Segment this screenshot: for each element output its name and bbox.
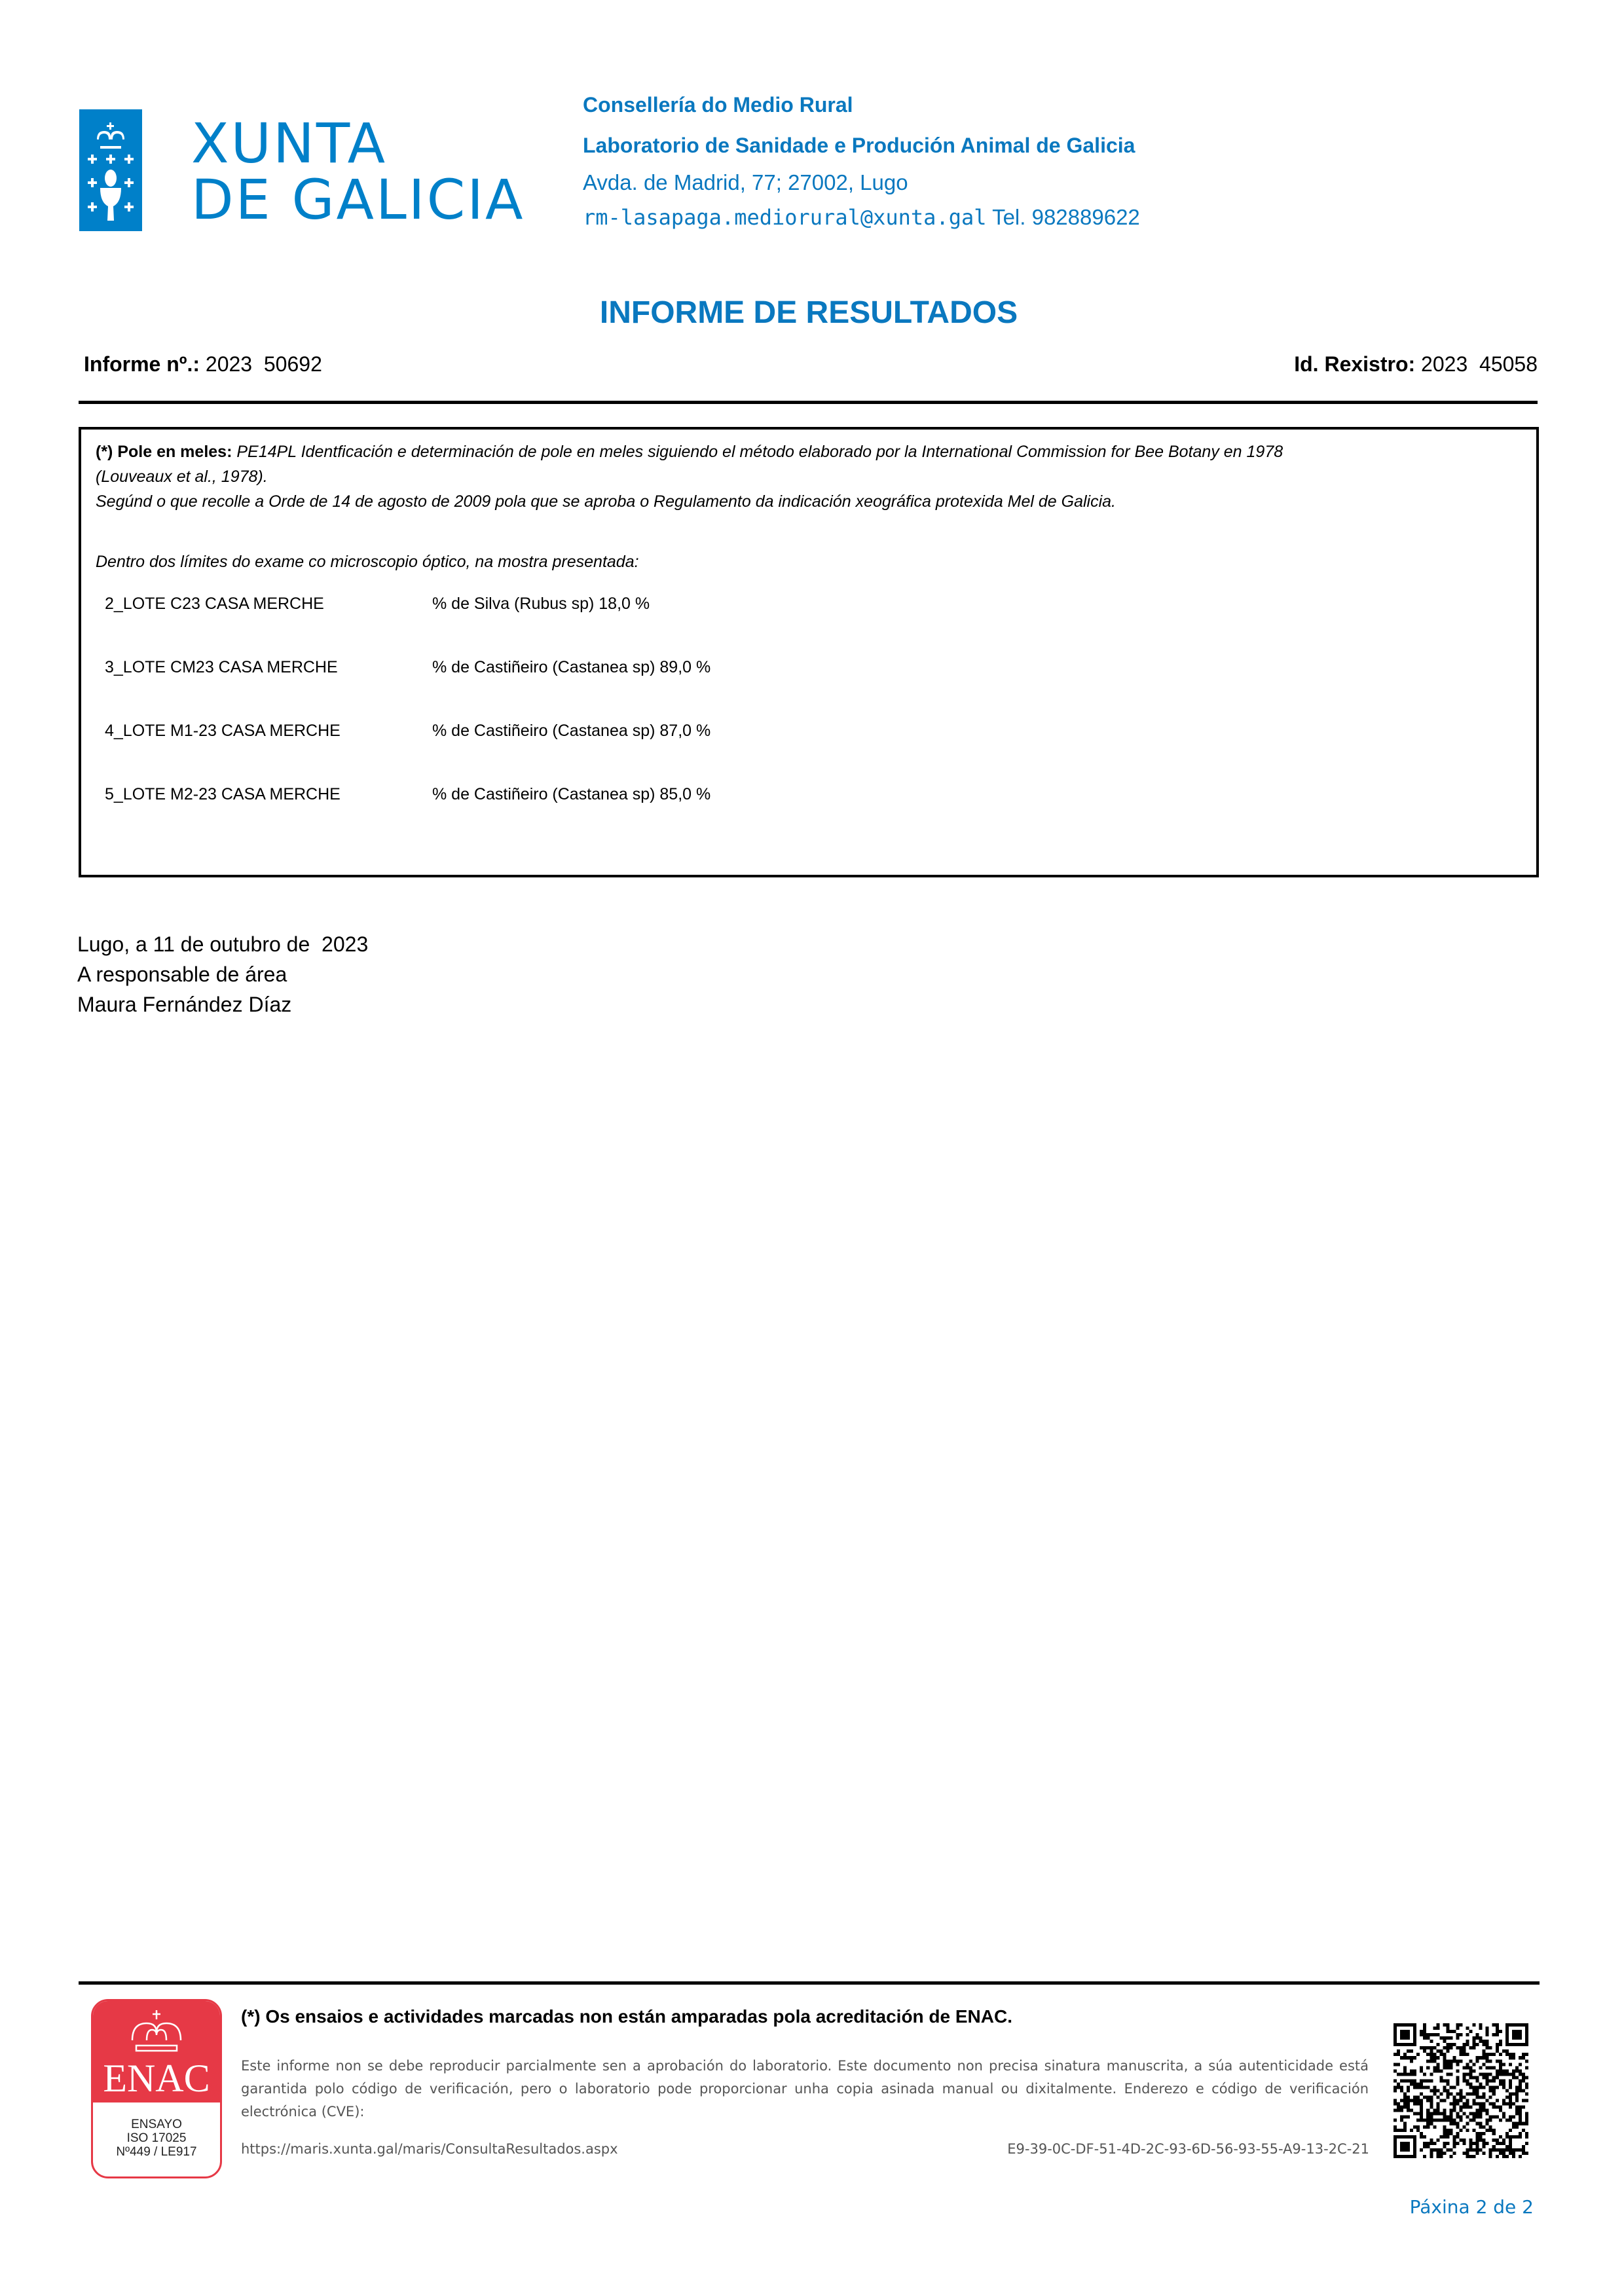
- report-number: Informe nº.: 2023 50692: [84, 352, 322, 376]
- registry-id-value: 2023 45058: [1421, 352, 1538, 376]
- enac-line-3: Nº449 / LE917: [93, 2145, 220, 2159]
- qr-matrix: [1393, 2023, 1528, 2158]
- crown-icon: [127, 2009, 186, 2053]
- logo-line-1: XUNTA: [191, 115, 525, 172]
- report-number-value: 2023 50692: [206, 352, 322, 376]
- verification-url[interactable]: https://maris.xunta.gal/maris/ConsultaRe…: [241, 2141, 618, 2157]
- signer-name: Maura Fernández Díaz: [77, 993, 291, 1017]
- sample-name: 5_LOTE M2-23 CASA MERCHE: [105, 785, 341, 804]
- laboratory-name: Laboratorio de Sanidade e Produción Anim…: [583, 134, 1135, 158]
- phone: Tel. 982889622: [992, 205, 1140, 229]
- method-description: (*) Pole en meles: PE14PL Identficación …: [96, 443, 1283, 462]
- coat-of-arms-icon: [79, 109, 142, 231]
- registry-id: Id. Rexistro: 2023 45058: [1294, 352, 1538, 376]
- email-link[interactable]: rm-lasapaga.mediorural@xunta.gal: [583, 205, 987, 230]
- sample-name: 4_LOTE M1-23 CASA MERCHE: [105, 722, 341, 741]
- enac-line-1: ENSAYO: [93, 2118, 220, 2131]
- regulation-note: Segúnd o que recolle a Orde de 14 de ago…: [96, 492, 1116, 511]
- place-date: Lugo, a 11 de outubro de 2023: [77, 932, 368, 957]
- sample-result: % de Castiñeiro (Castanea sp) 85,0 %: [432, 785, 710, 804]
- method-reference: (Louveaux et al., 1978).: [96, 468, 268, 487]
- report-number-label: Informe nº.:: [84, 352, 200, 376]
- sample-name: 3_LOTE CM23 CASA MERCHE: [105, 658, 338, 677]
- xunta-emblem-icon: [79, 109, 142, 231]
- registry-id-label: Id. Rexistro:: [1294, 352, 1415, 376]
- page-number: Páxina 2 de 2: [1410, 2196, 1534, 2218]
- sample-result: % de Castiñeiro (Castanea sp) 87,0 %: [432, 722, 710, 741]
- enac-wordmark: ENAC: [93, 2059, 220, 2098]
- enac-line-2: ISO 17025: [93, 2131, 220, 2145]
- verification-code: E9-39-0C-DF-51-4D-2C-93-6D-56-93-55-A9-1…: [1007, 2141, 1369, 2157]
- sample-name: 2_LOTE C23 CASA MERCHE: [105, 595, 324, 614]
- sample-result: % de Castiñeiro (Castanea sp) 89,0 %: [432, 658, 710, 677]
- contact-line: rm-lasapaga.mediorural@xunta.gal Tel. 98…: [583, 205, 1140, 230]
- sample-result: % de Silva (Rubus sp) 18,0 %: [432, 595, 650, 614]
- document-title: INFORME DE RESULTADOS: [0, 295, 1624, 331]
- enac-accreditation-badge: ENAC ENSAYO ISO 17025 Nº449 / LE917: [91, 1999, 222, 2178]
- signer-role: A responsable de área: [77, 963, 287, 987]
- department-name: Consellería do Medio Rural: [583, 93, 853, 117]
- xunta-wordmark: XUNTA DE GALICIA: [191, 115, 525, 228]
- qr-code-icon[interactable]: [1393, 2023, 1528, 2158]
- results-intro: Dentro dos límites do exame co microscop…: [96, 553, 639, 572]
- footer-divider: [79, 1981, 1540, 1985]
- disclaimer: Este informe non se debe reproducir parc…: [241, 2055, 1369, 2123]
- address: Avda. de Madrid, 77; 27002, Lugo: [583, 170, 908, 195]
- accreditation-note: (*) Os ensaios e actividades marcadas no…: [241, 2006, 1012, 2027]
- method-text: PE14PL Identficación e determinación de …: [236, 443, 1283, 461]
- logo-line-2: DE GALICIA: [191, 172, 525, 228]
- header-divider: [79, 401, 1538, 404]
- method-lead: (*) Pole en meles:: [96, 443, 232, 461]
